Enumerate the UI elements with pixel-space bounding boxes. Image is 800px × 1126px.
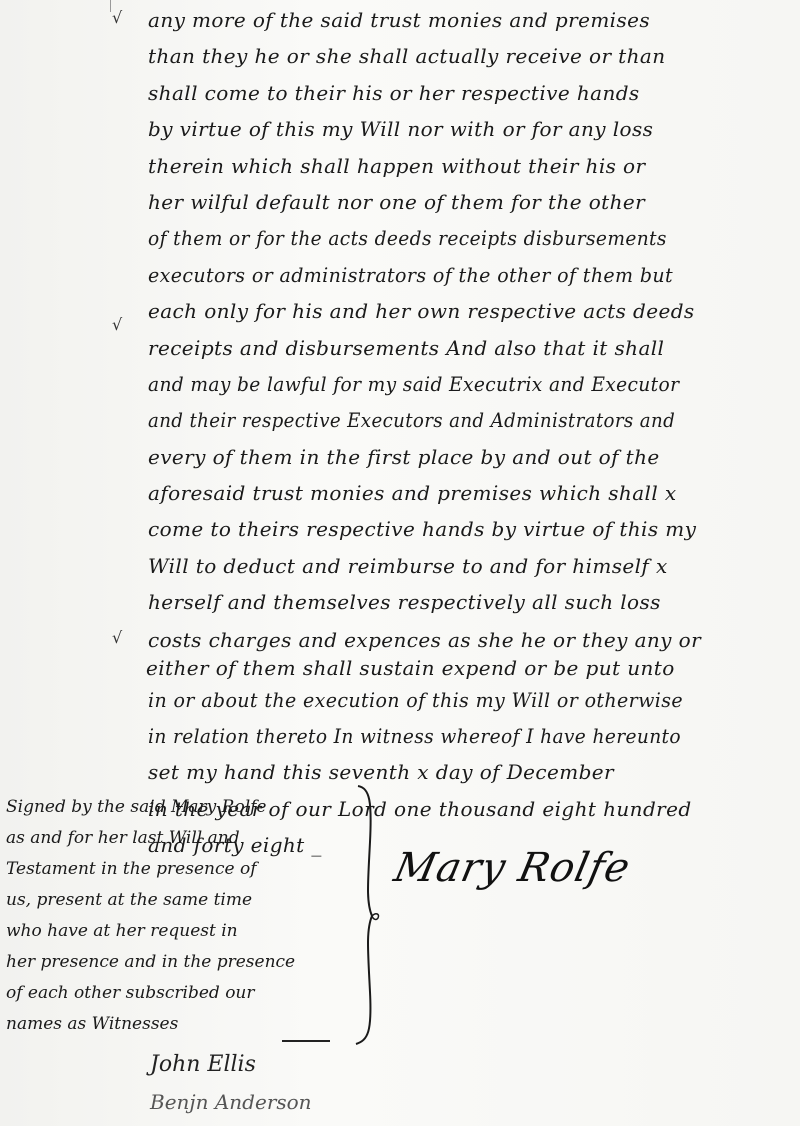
body-line: shall come to their his or her respectiv… xyxy=(148,75,798,111)
body-line: Will to deduct and reimburse to and for … xyxy=(148,548,798,584)
body-line: come to theirs respective hands by virtu… xyxy=(148,511,798,547)
body-line: any more of the said trust monies and pr… xyxy=(148,2,798,38)
body-line: set my hand this seventh x day of Decemb… xyxy=(148,754,798,790)
witness-signature-2: Benjn Anderson xyxy=(150,1090,312,1114)
checkmark-icon: √ xyxy=(112,315,122,334)
attestation-line: as and for her last Will and xyxy=(6,823,376,854)
margin-rule xyxy=(110,0,111,12)
curly-brace-icon xyxy=(352,782,382,1047)
body-line: by virtue of this my Will nor with or fo… xyxy=(148,111,798,147)
body-line: of them or for the acts deeds receipts d… xyxy=(148,220,753,256)
attestation-line: names as Witnesses xyxy=(6,1009,376,1040)
body-line: executors or administrators of the other… xyxy=(148,257,766,293)
attestation-line: us, present at the same time xyxy=(6,885,376,916)
body-line: and may be lawful for my said Executrix … xyxy=(148,366,753,402)
body-line: than they he or she shall actually recei… xyxy=(148,38,798,74)
body-line: either of them shall sustain expend or b… xyxy=(146,654,798,682)
body-line: each only for his and her own respective… xyxy=(148,293,798,329)
body-line: herself and themselves respectively all … xyxy=(148,584,798,620)
body-line: receipts and disbursements And also that… xyxy=(148,330,798,366)
attestation-line: Testament in the presence of xyxy=(6,854,376,885)
testator-signature: Mary Rolfe xyxy=(390,845,634,891)
attestation-line: her presence and in the presence xyxy=(6,947,376,978)
attestation-line: Signed by the said Mary Rolfe xyxy=(6,792,376,823)
will-body-text: any more of the said trust monies and pr… xyxy=(148,2,798,864)
body-line: aforesaid trust monies and premises whic… xyxy=(148,475,798,511)
body-line: in relation thereto In witness whereof I… xyxy=(148,718,753,754)
body-line: costs charges and expences as she he or … xyxy=(148,627,798,654)
body-line: in or about the execution of this my Wil… xyxy=(148,682,766,718)
body-line: therein which shall happen without their… xyxy=(148,148,798,184)
body-line: every of them in the first place by and … xyxy=(148,439,798,475)
scanned-will-page: √ √ √ any more of the said trust monies … xyxy=(0,0,800,1126)
attestation-line: who have at her request in xyxy=(6,916,376,947)
attestation-line: of each other subscribed our xyxy=(6,978,376,1009)
body-line: her wilful default nor one of them for t… xyxy=(148,184,798,220)
attestation-clause: Signed by the said Mary Rolfe as and for… xyxy=(6,792,376,1040)
closing-dash xyxy=(282,1040,330,1042)
body-line: and their respective Executors and Admin… xyxy=(148,402,740,438)
checkmark-icon: √ xyxy=(112,8,122,27)
checkmark-icon: √ xyxy=(112,628,122,647)
witness-signature-1: John Ellis xyxy=(150,1052,256,1077)
